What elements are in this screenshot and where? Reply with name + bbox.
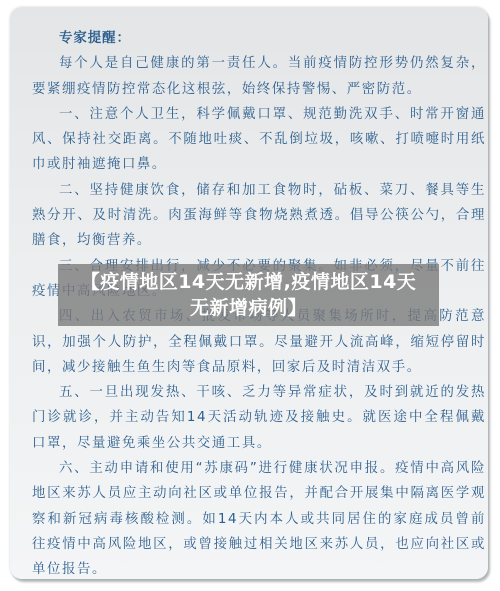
- title-overlay-banner: 【疫情地区14天无新增,疫情地区14天 无新增病例】: [58, 264, 439, 326]
- paragraph-healthy-diet: 二、坚持健康饮食，储存和加工食物时，砧板、菜刀、餐具等生熟分开、及时清洗。肉蛋海…: [32, 178, 486, 254]
- paragraph-intro: 每个人是自己健康的第一责任人。当前疫情防控形势仍然复杂，要紧绷疫情防控常态化这根…: [32, 51, 486, 102]
- overlay-title-line-2: 无新增病例】: [58, 295, 439, 321]
- paragraph-personal-hygiene: 一、注意个人卫生，科学佩戴口罩、规范勤洗双手、时常开窗通风、保持社交距离。不随地…: [32, 102, 486, 178]
- paragraph-symptoms: 五、一旦出现发热、干咳、乏力等异常症状，及时到就近的发热门诊就诊，并主动告知14…: [32, 380, 486, 456]
- overlay-title-line-1: 【疫情地区14天无新增,疫情地区14天: [58, 269, 439, 295]
- section-heading: 专家提醒：: [32, 26, 486, 51]
- paragraph-health-code: 六、主动申请和使用“苏康码”进行健康状况申报。疫情中高风险地区来苏人员应主动向社…: [32, 456, 486, 582]
